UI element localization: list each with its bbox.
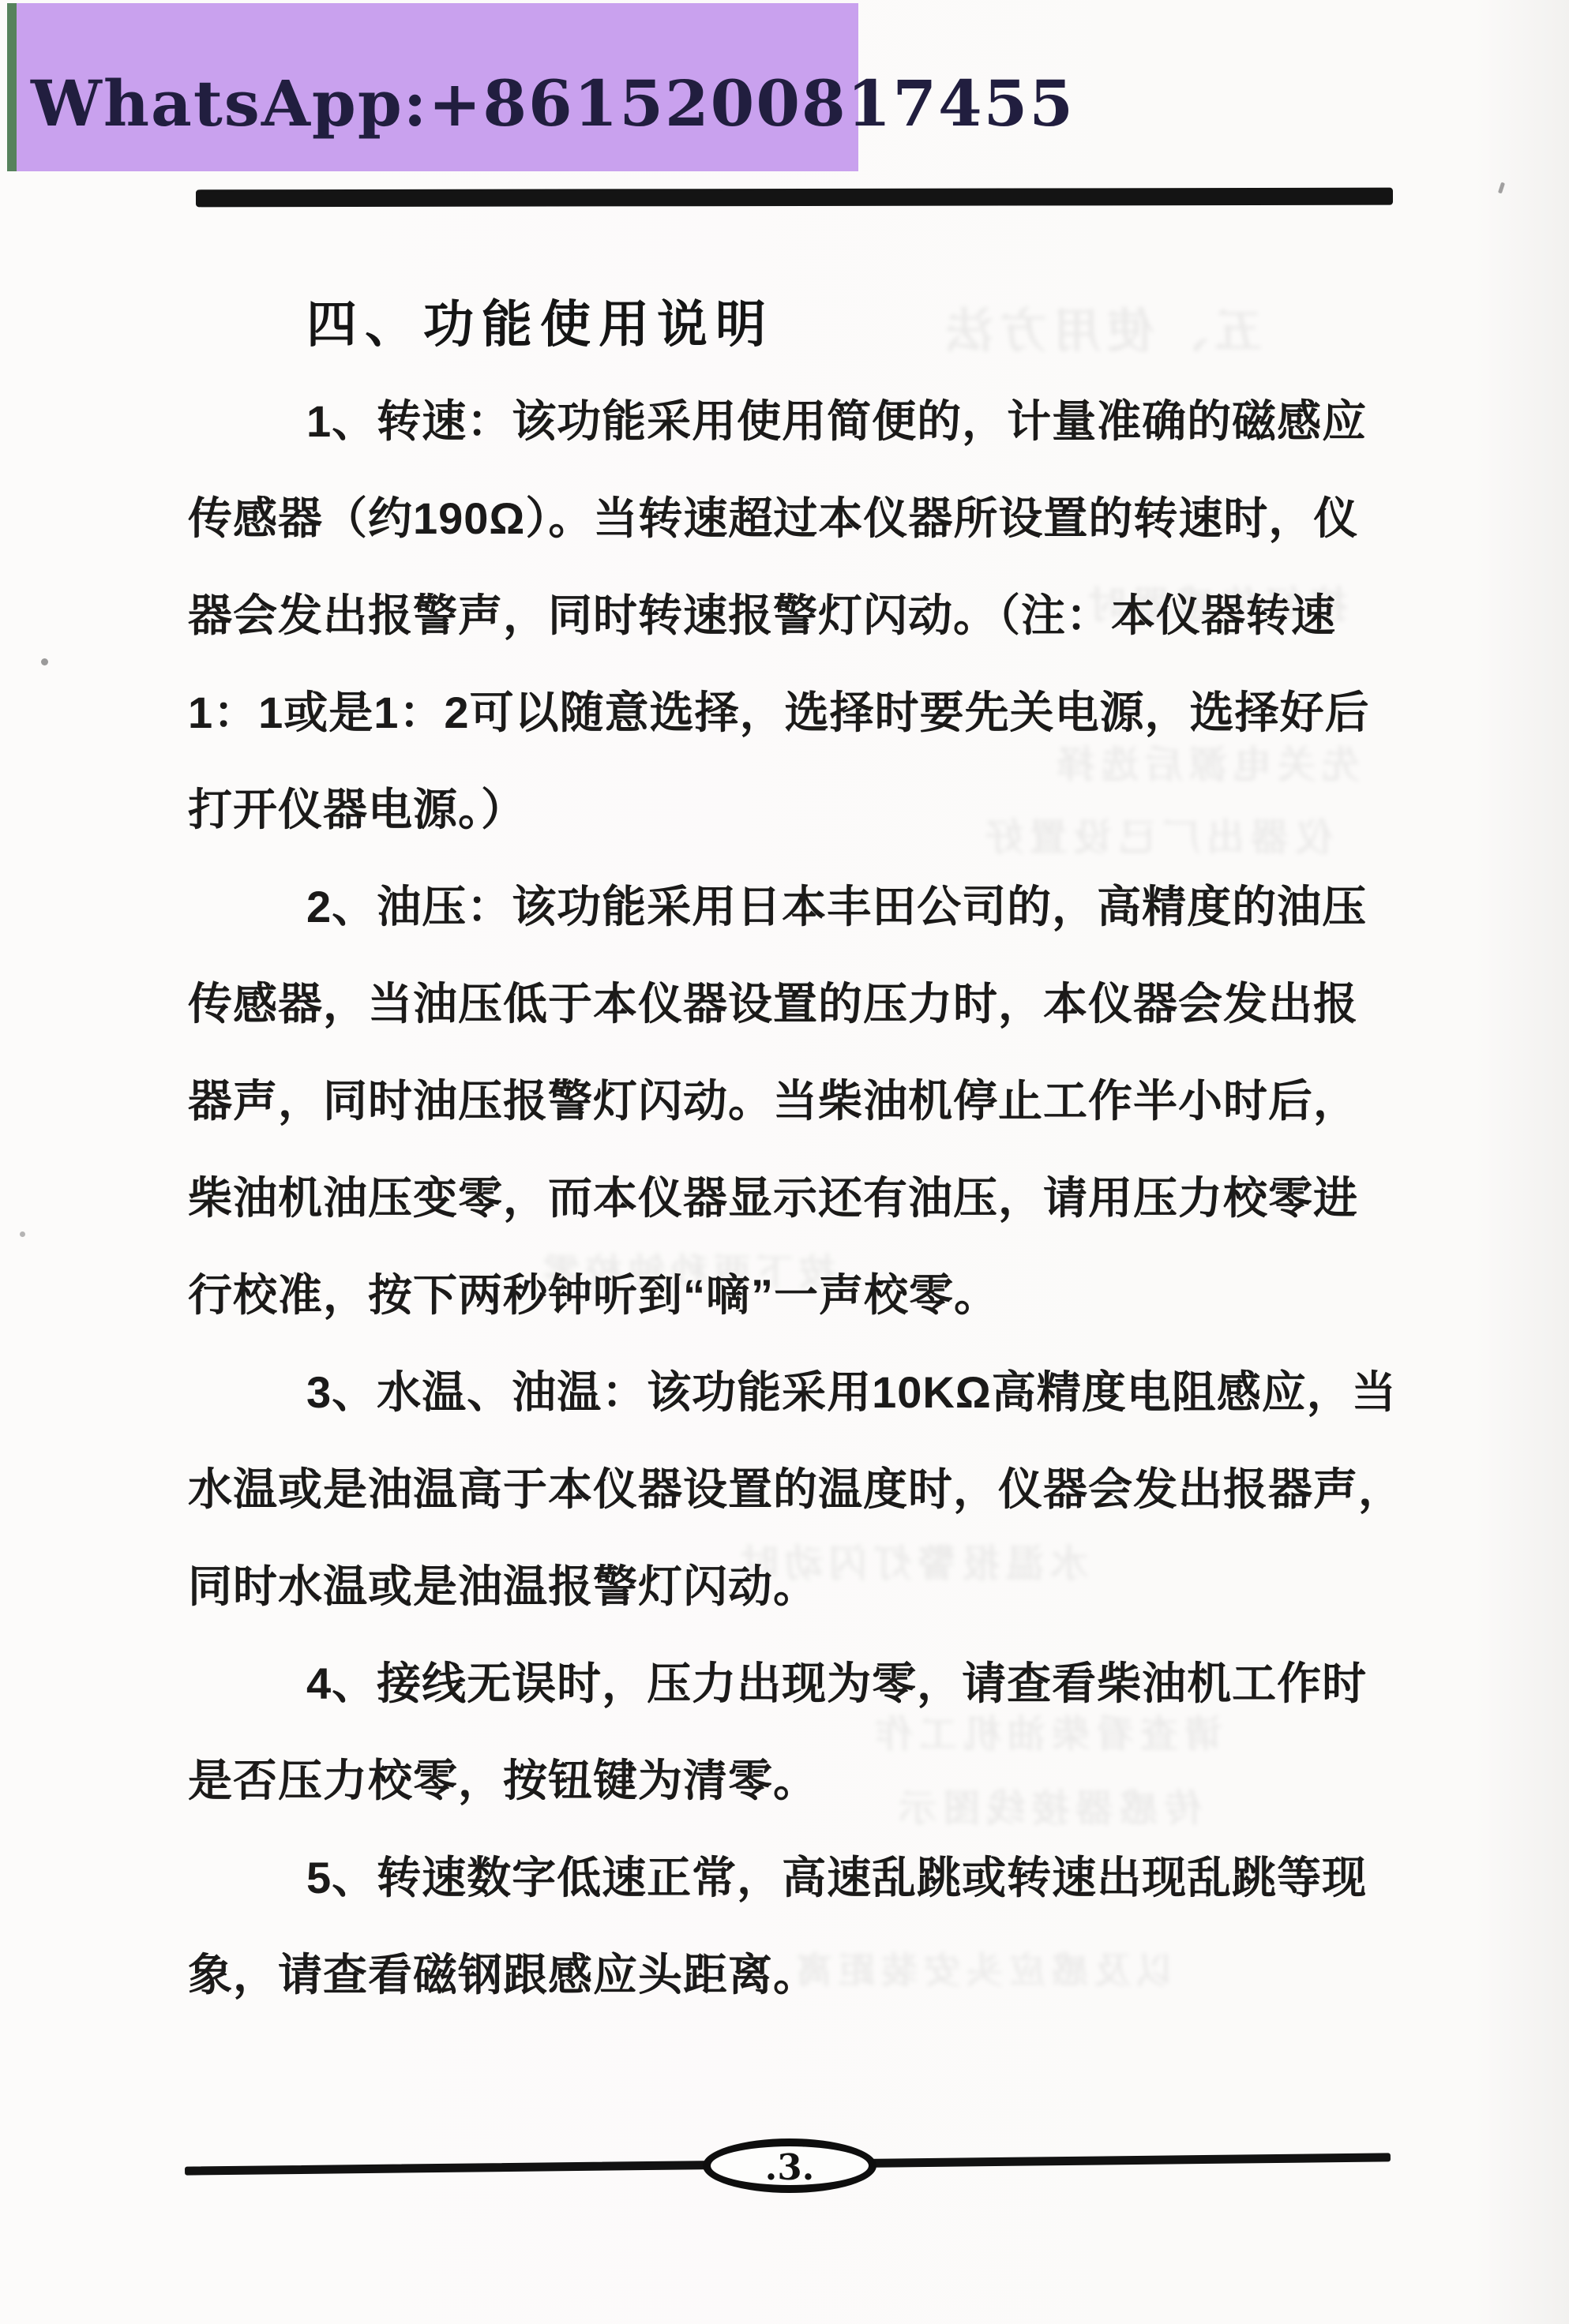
text-line: 1、转速：该功能采用使用简便的，计量准确的磁感应 (188, 373, 1396, 470)
ink-speck (41, 658, 48, 665)
text-line: 3、水温、油温：该功能采用10KΩ高精度电阻感应，当 (188, 1344, 1396, 1441)
ink-speck (20, 1231, 25, 1237)
paragraph: 5、转速数字低速正常，高速乱跳或转速出现乱跳等现象，请查看磁钢跟感应头距离。 (188, 1829, 1396, 2023)
whatsapp-watermark-banner: WhatsApp:+8615200817455 (7, 3, 858, 171)
text-line: 器会发出报警声，同时转速报警灯闪动。（注：本仪器转速 (188, 567, 1396, 664)
page-number: .3. (765, 2150, 815, 2185)
body-text: 1、转速：该功能采用使用简便的，计量准确的磁感应传感器（约190Ω）。当转速超过… (188, 373, 1396, 2023)
text-line: 1：1或是1：2可以随意选择，选择时要先关电源，选择好后 (188, 664, 1396, 761)
text-line: 2、油压：该功能采用日本丰田公司的，高精度的油压 (188, 858, 1396, 955)
text-line: 5、转速数字低速正常，高速乱跳或转速出现乱跳等现 (188, 1829, 1396, 1926)
text-line: 水温或是油温高于本仪器设置的温度时，仪器会发出报器声， (188, 1441, 1396, 1538)
paragraph: 3、水温、油温：该功能采用10KΩ高精度电阻感应，当水温或是油温高于本仪器设置的… (188, 1344, 1396, 1635)
text-line: 传感器（约190Ω）。当转速超过本仪器所设置的转速时，仪 (188, 470, 1396, 567)
paragraph: 4、接线无误时，压力出现为零，请查看柴油机工作时是否压力校零，按钮键为清零。 (188, 1635, 1396, 1829)
scanned-manual-page: { "banner": { "text": "WhatsApp:+8615200… (0, 0, 1569, 2324)
bleedthrough-text: 五、使用方法 (940, 294, 1262, 362)
paragraph: 1、转速：该功能采用使用简便的，计量准确的磁感应传感器（约190Ω）。当转速超过… (188, 373, 1396, 858)
ink-speck (1498, 182, 1505, 194)
text-line: 象，请查看磁钢跟感应头距离。 (188, 1926, 1396, 2023)
text-line: 柴油机油压变零，而本仪器显示还有油压，请用压力校零进 (188, 1149, 1396, 1246)
banner-green-stripe (7, 3, 17, 171)
text-line: 传感器，当油压低于本仪器设置的压力时，本仪器会发出报 (188, 955, 1396, 1052)
text-line: 器声，同时油压报警灯闪动。当柴油机停止工作半小时后， (188, 1052, 1396, 1149)
text-line: 4、接线无误时，压力出现为零，请查看柴油机工作时 (188, 1635, 1396, 1732)
text-line: 行校准，按下两秒钟听到“嘀”一声校零。 (188, 1246, 1396, 1344)
text-line: 同时水温或是油温报警灯闪动。 (188, 1538, 1396, 1635)
top-divider-rule (196, 188, 1393, 208)
text-line: 打开仪器电源。） (188, 761, 1396, 858)
page-number-oval: .3. (703, 2138, 876, 2193)
text-line: 是否压力校零，按钮键为清零。 (188, 1732, 1396, 1829)
whatsapp-contact-text: WhatsApp:+8615200817455 (31, 66, 1075, 141)
paragraph: 2、油压：该功能采用日本丰田公司的，高精度的油压传感器，当油压低于本仪器设置的压… (188, 858, 1396, 1344)
section-title: 四、功能使用说明 (306, 284, 774, 357)
